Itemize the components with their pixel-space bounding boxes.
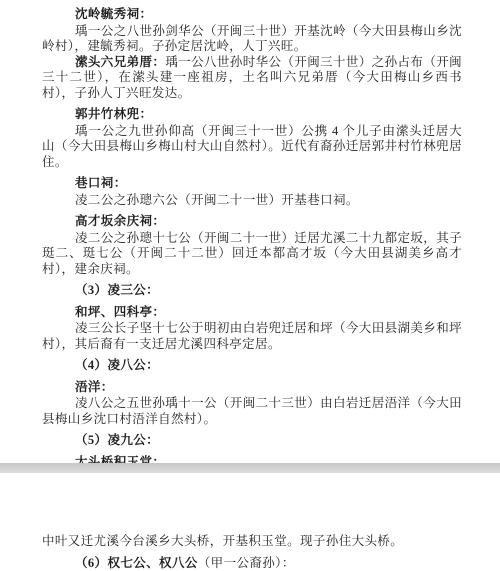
text-run: 凌二公之孙璁六公（开闽二十一世）开基巷口祠。 — [75, 193, 359, 207]
section-heading: 浯洋： — [42, 380, 462, 396]
text-run: 巷口祠： — [75, 176, 127, 190]
text-run: 瑀一公之八世孙剑华公（开闽三十世）开基沈岭（今大田县梅山乡沈岭村），建毓秀祠。子… — [42, 24, 462, 54]
section-heading: （4）凌八公： — [42, 358, 462, 374]
text-run: 潆头六兄弟厝： — [75, 55, 165, 69]
text-run: 瑀一公之九世孙仰高（开闽三十一世）公携 4 个儿子由潆头迁居大山（今大田县梅山乡… — [42, 124, 462, 169]
page-1[interactable]: 沈岭毓秀祠：瑀一公之八世孙剑华公（开闽三十世）开基沈岭（今大田县梅山乡沈岭村），… — [0, 0, 500, 463]
paragraph: 凌二公之孙璁十七公（开闽二十一世）迁居尤溪二十九都定坂，其子珽二、珽七公（开闽二… — [42, 231, 462, 278]
document-view: 沈岭毓秀祠：瑀一公之八世孙剑华公（开闽三十世）开基沈岭（今大田县梅山乡沈岭村），… — [0, 0, 500, 571]
text-run: 中叶又迁尤溪今台溪乡大头桥，开基积玉堂。现子孙住大头桥。 — [42, 534, 403, 548]
paragraph: 瑀一公之八世孙剑华公（开闽三十世）开基沈岭（今大田县梅山乡沈岭村），建毓秀祠。子… — [42, 24, 462, 55]
text-run: （3）凌三公： — [75, 283, 159, 297]
text-run: 郭井竹林兜： — [75, 107, 152, 121]
paragraph: 瑀一公之九世孙仰高（开闽三十一世）公携 4 个儿子由潆头迁居大山（今大田县梅山乡… — [42, 124, 462, 171]
section-heading: 高才坂余庆祠： — [42, 214, 462, 230]
page-2[interactable]: 中叶又迁尤溪今台溪乡大头桥，开基积玉堂。现子孙住大头桥。（6）权七公、权八公（甲… — [0, 473, 500, 571]
section-heading: 沈岭毓秀祠： — [42, 7, 462, 23]
text-run: 凌二公之孙璁十七公（开闽二十一世）迁居尤溪二十九都定坂，其子珽二、珽七公（开闽二… — [42, 231, 462, 276]
paragraph: 凌二公之孙璁六公（开闽二十一世）开基巷口祠。 — [42, 193, 462, 209]
text-run: （6）权七公、权八公 — [75, 556, 198, 570]
section-heading: 和坪、四科亭： — [42, 305, 462, 321]
section-heading: （3）凌三公： — [42, 283, 462, 299]
page-1-content: 沈岭毓秀祠：瑀一公之八世孙剑华公（开闽三十世）开基沈岭（今大田县梅山乡沈岭村），… — [42, 7, 462, 502]
section-heading: （6）权七公、权八公（甲一公裔孙）： — [42, 556, 462, 571]
text-run: 浯洋： — [75, 380, 114, 394]
text-run: 和坪、四科亭： — [75, 305, 165, 319]
paragraph: 中叶又迁尤溪今台溪乡大头桥，开基积玉堂。现子孙住大头桥。 — [42, 534, 462, 550]
page-2-content: 中叶又迁尤溪今台溪乡大头桥，开基积玉堂。现子孙住大头桥。（6）权七公、权八公（甲… — [42, 534, 462, 571]
section-heading: 巷口祠： — [42, 176, 462, 192]
section-heading: 郭井竹林兜： — [42, 107, 462, 123]
text-run: 凌三公长子坚十七公于明初由白岩兜迁居和坪（今大田县湖美乡和坪村），其后裔有一支迁… — [42, 321, 462, 351]
text-run: 凌八公之五世孙瑀十一公（开闽二十三世）由白岩迁居浯洋（今大田县梅山乡沈口村浯洋自… — [42, 396, 462, 426]
page-gap — [0, 463, 500, 473]
paragraph: 潆头六兄弟厝：瑀一公八世孙时华公（开闽三十世）之孙占布（开闽三十二世），在潆头建… — [42, 55, 462, 102]
text-run: 高才坂余庆祠： — [75, 214, 165, 228]
text-run: （5）凌九公： — [75, 433, 159, 447]
paragraph: 凌八公之五世孙瑀十一公（开闽二十三世）由白岩迁居浯洋（今大田县梅山乡沈口村浯洋自… — [42, 396, 462, 427]
section-heading: （5）凌九公： — [42, 433, 462, 449]
text-run: 沈岭毓秀祠： — [75, 7, 152, 21]
text-run: （甲一公裔孙）： — [198, 556, 295, 570]
text-run: （4）凌八公： — [75, 358, 159, 372]
paragraph: 凌三公长子坚十七公于明初由白岩兜迁居和坪（今大田县湖美乡和坪村），其后裔有一支迁… — [42, 321, 462, 352]
